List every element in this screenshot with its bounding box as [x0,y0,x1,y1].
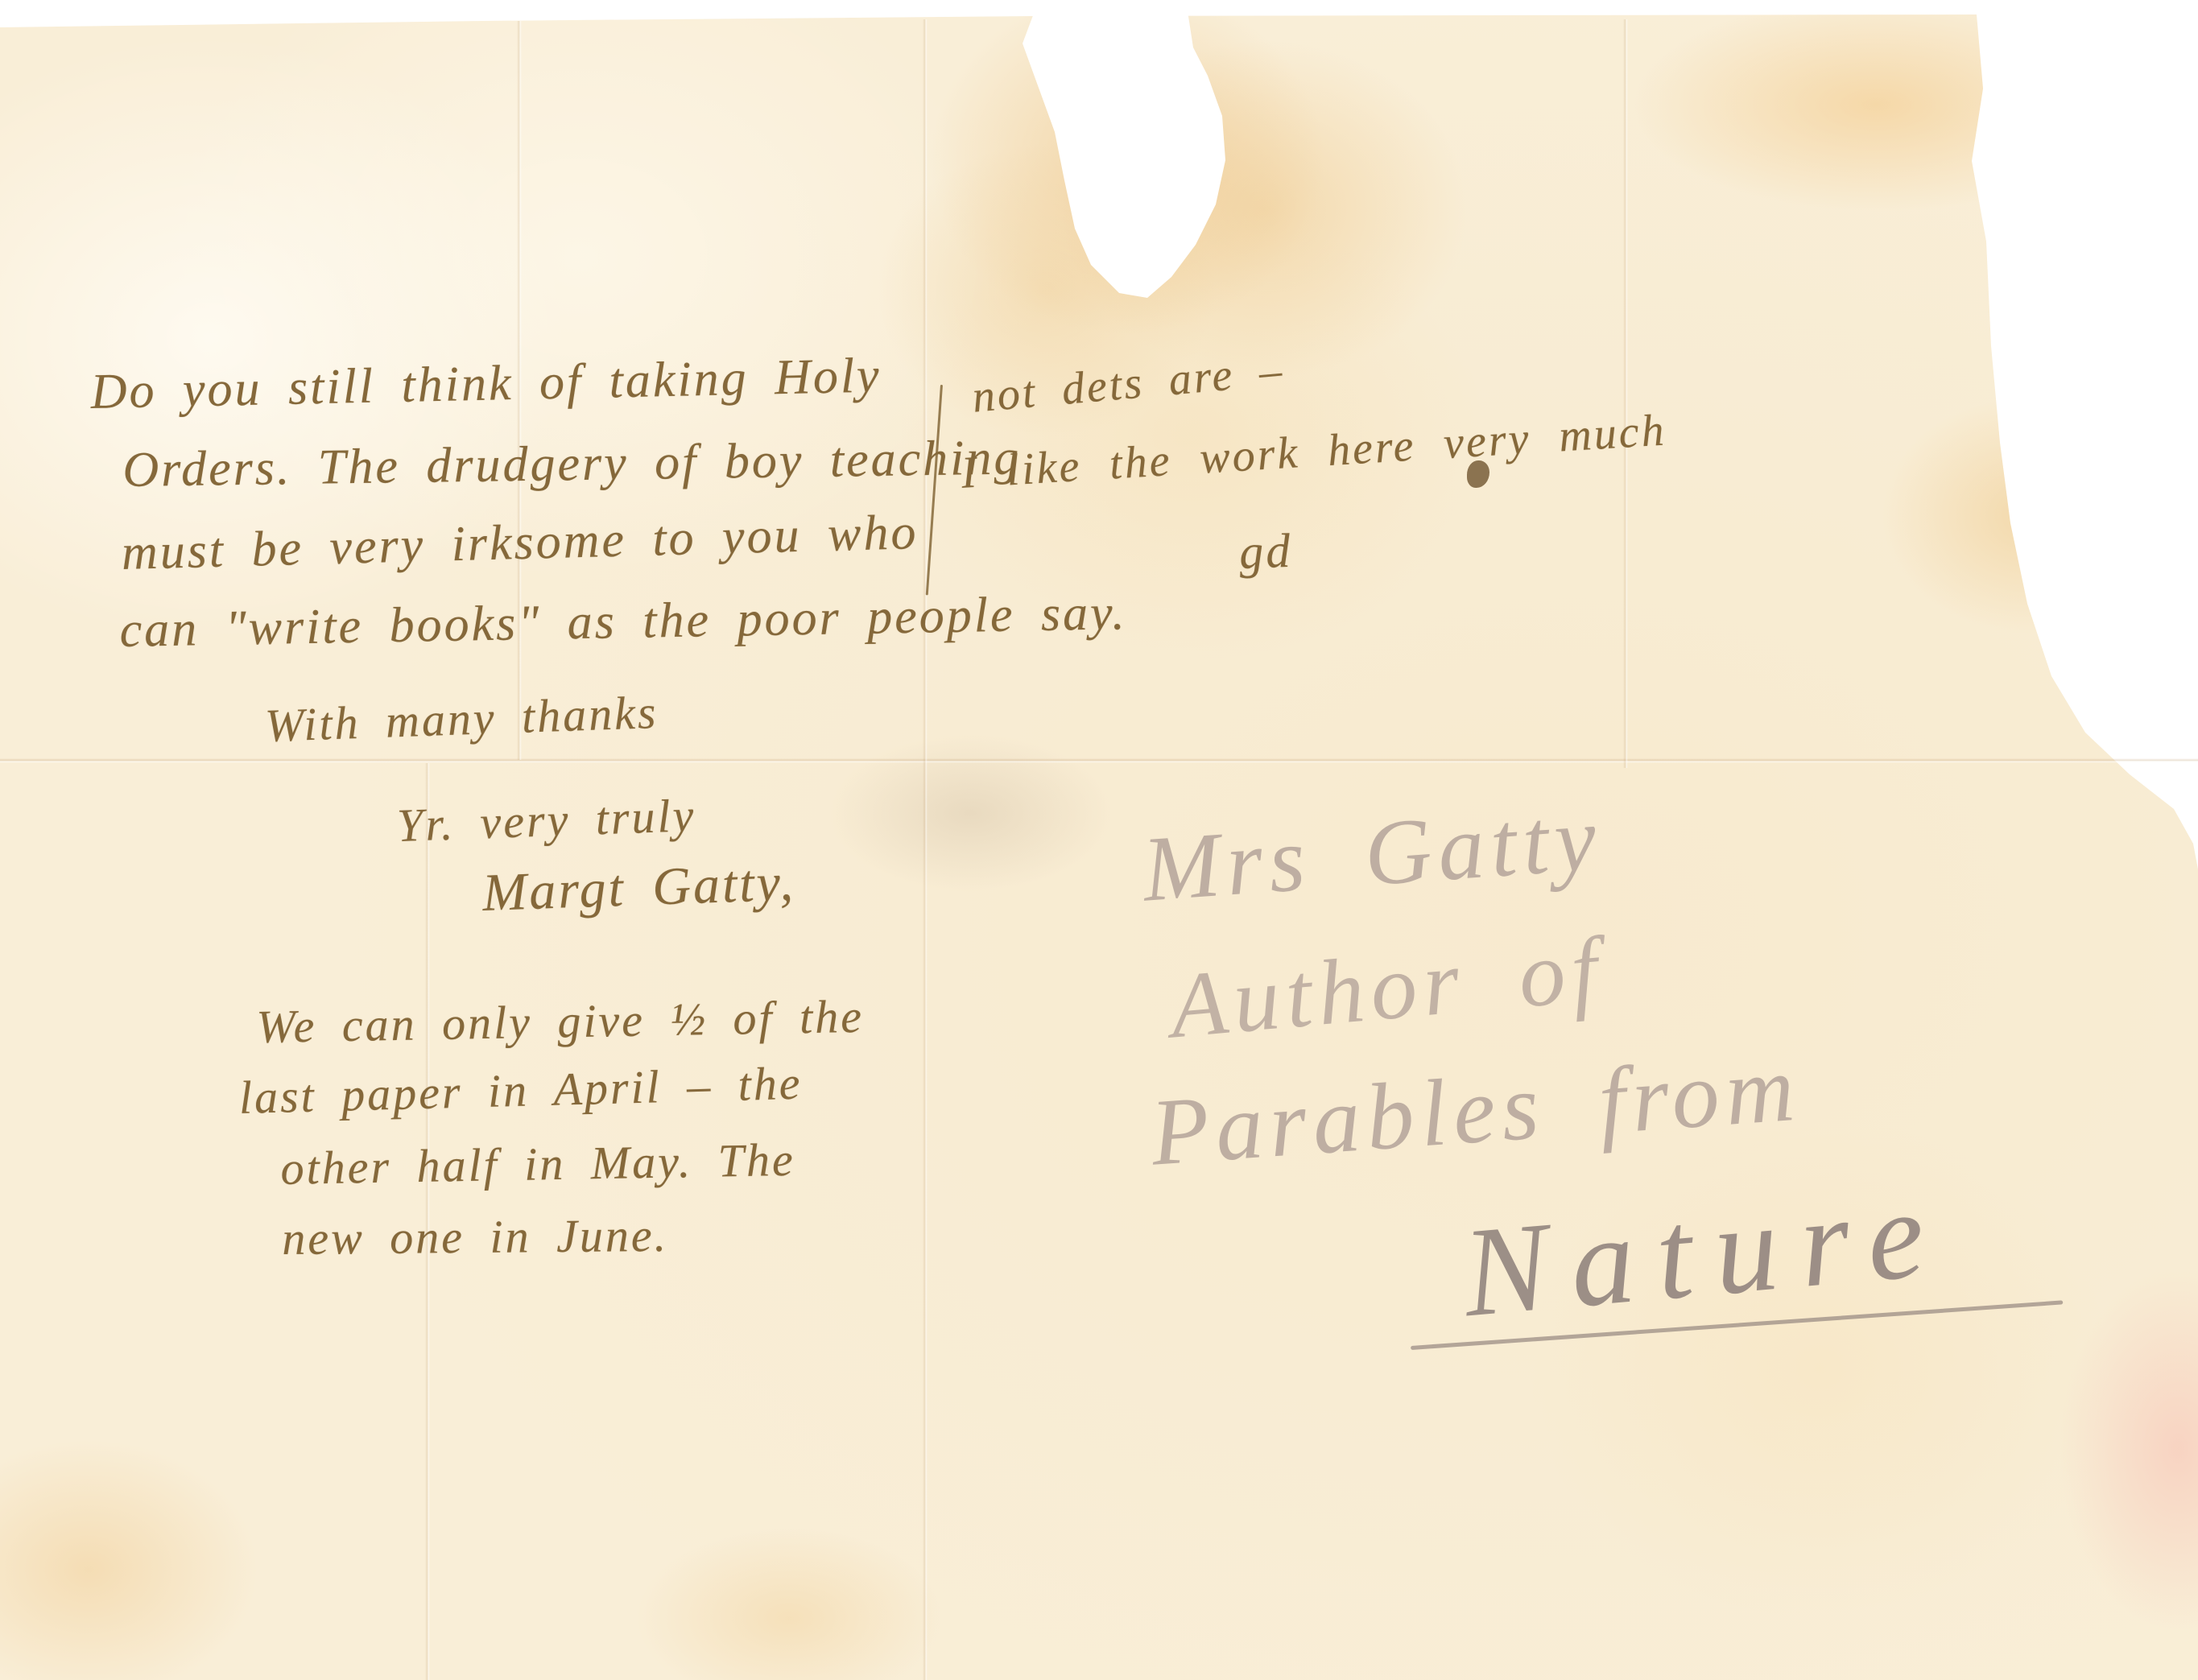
postscript-line-4: new one in June. [282,1208,668,1265]
signature: Margt Gatty, [481,852,796,924]
postscript-line-1: We can only give ½ of the [256,989,864,1054]
postscript-line-3: other half in May. The [280,1133,795,1195]
scanned-letter-page: Do you still think of taking Holy Orders… [0,0,2198,1680]
margin-note-initials: gd [1238,523,1293,580]
closing-line-2: Yr. very truly [396,788,696,852]
